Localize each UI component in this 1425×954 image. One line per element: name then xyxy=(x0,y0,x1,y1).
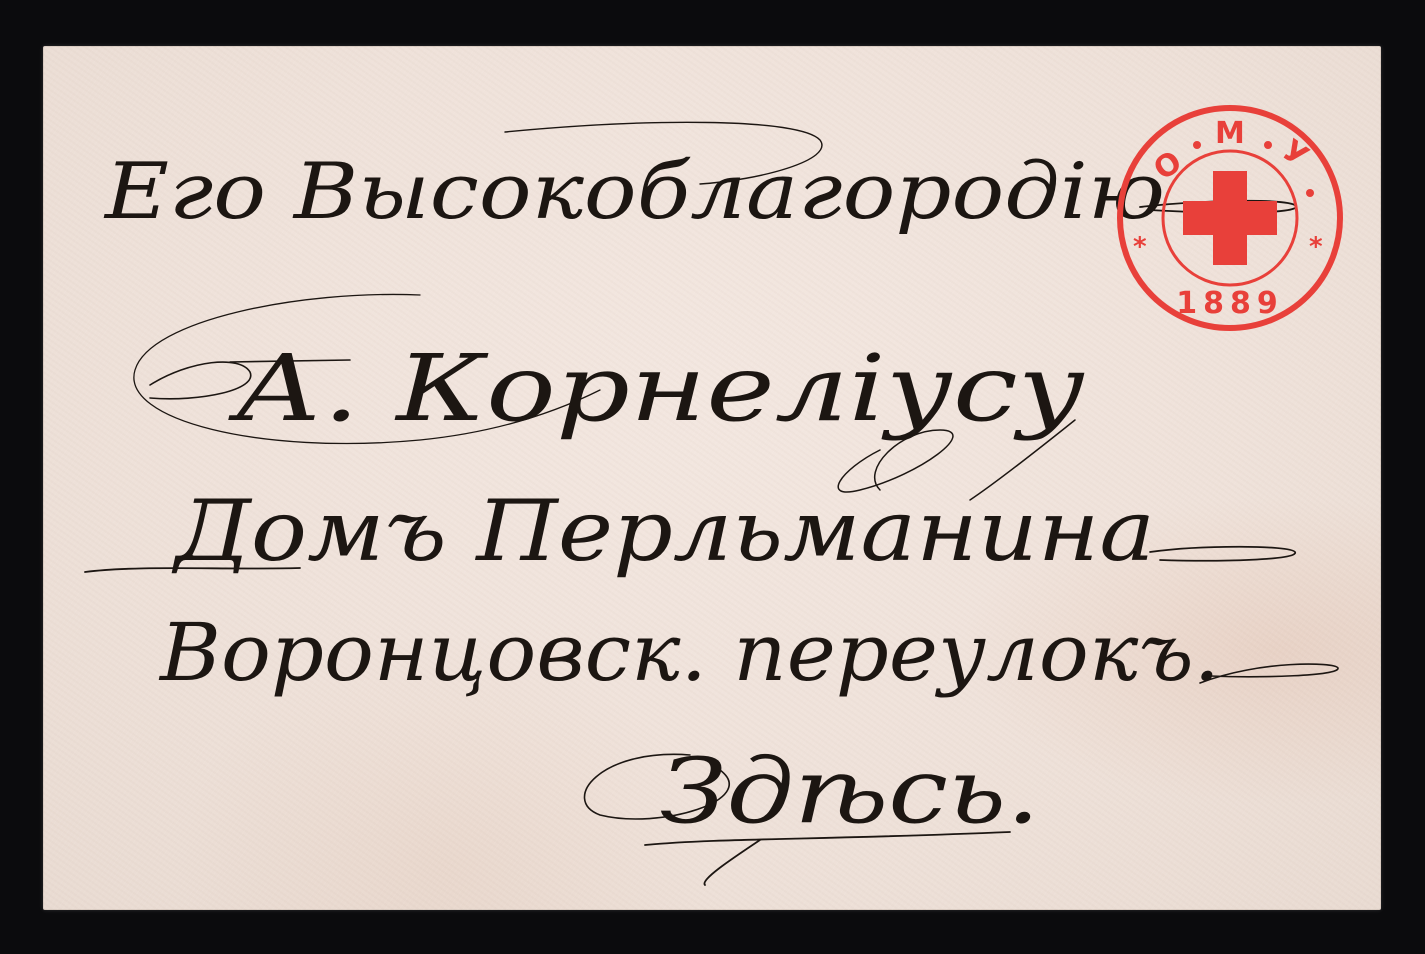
red-cross-icon xyxy=(1183,171,1277,265)
stamp-ornament-left: * xyxy=(1133,232,1147,262)
stamp-letter-1: О xyxy=(1148,144,1189,187)
address-line-2: А. Корнеліусу xyxy=(227,335,1085,442)
red-cross-handstamp: О М У * * 1889 xyxy=(1115,103,1345,333)
address-line-3: Домъ Перльманина xyxy=(171,482,1155,580)
stamp-year: 1889 xyxy=(1176,286,1284,321)
stamp-letter-2: М xyxy=(1215,116,1245,151)
address-line-1: Его Высокоблагородію xyxy=(103,147,1165,237)
address-line-5: Здѣсь. xyxy=(660,739,1040,844)
address-line-4: Воронцовск. переулокъ. xyxy=(158,606,1220,699)
stamp-ornament-right: * xyxy=(1309,232,1323,262)
